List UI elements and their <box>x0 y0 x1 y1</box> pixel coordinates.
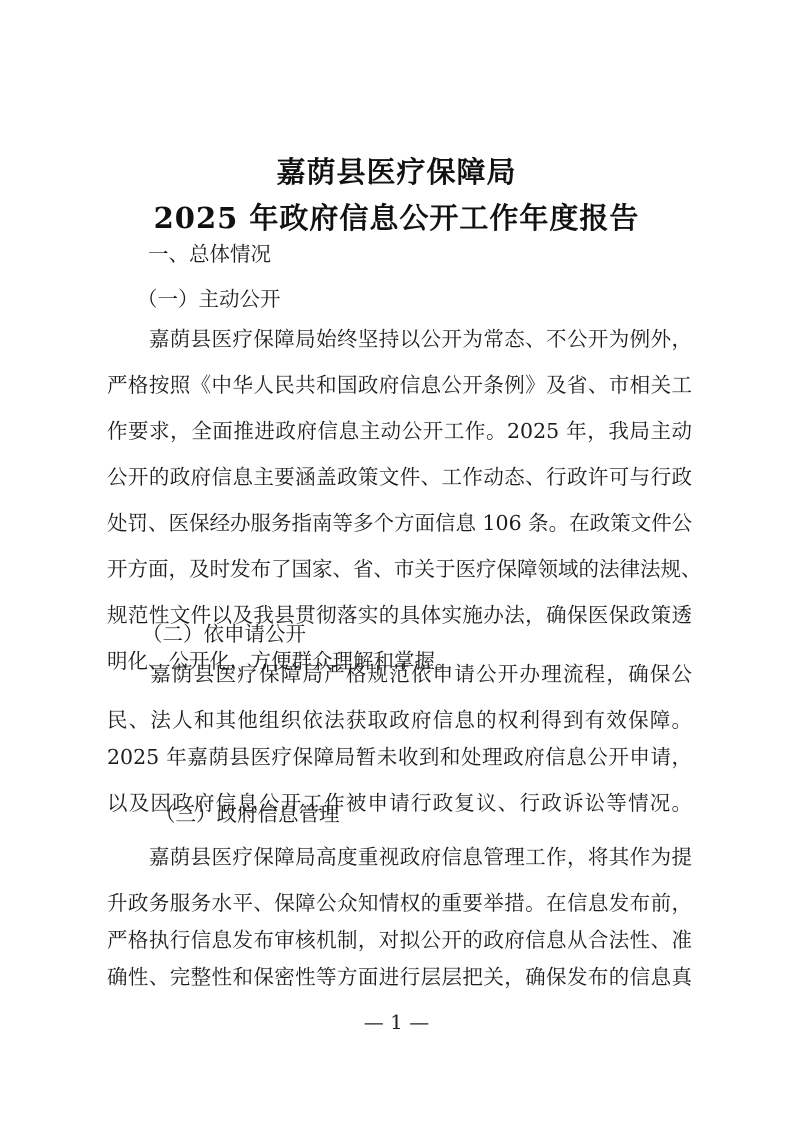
subsection-heading-request: （二）依申请公开 <box>142 620 306 648</box>
paragraph-line: 民、法人和其他组织依法获取政府信息的权利得到有效保障。 <box>107 706 692 734</box>
section-heading-overview: 一、总体情况 <box>148 240 271 268</box>
document-title-report: 2025 年政府信息公开工作年度报告 <box>0 196 793 237</box>
paragraph-line: 处罚、医保经办服务指南等多个方面信息 106 条。在政策文件公 <box>107 509 692 537</box>
paragraph-line: 嘉荫县医疗保障局严格规范依申请公开办理流程，确保公 <box>107 660 692 688</box>
paragraph-line: 严格按照《中华人民共和国政府信息公开条例》及省、市相关工 <box>107 371 692 399</box>
subsection-heading-management: （三）政府信息管理 <box>155 800 340 828</box>
document-page: 嘉荫县医疗保障局 2025 年政府信息公开工作年度报告 一、总体情况 （一）主动… <box>0 0 793 1122</box>
page-number: — 1 — <box>0 1010 793 1034</box>
paragraph-line: 嘉荫县医疗保障局始终坚持以公开为常态、不公开为例外， <box>107 325 692 353</box>
paragraph-line: 确性、完整性和保密性等方面进行层层把关，确保发布的信息真 <box>107 963 692 991</box>
paragraph-line: 嘉荫县医疗保障局高度重视政府信息管理工作，将其作为提 <box>107 843 692 871</box>
paragraph-line: 严格执行信息发布审核机制，对拟公开的政府信息从合法性、准 <box>107 926 692 954</box>
paragraph-line: 升政务服务水平、保障公众知情权的重要举措。在信息发布前， <box>107 889 692 917</box>
paragraph-line: 作要求，全面推进政府信息主动公开工作。2025 年，我局主动 <box>107 417 692 445</box>
subsection-heading-proactive: （一）主动公开 <box>137 285 281 313</box>
paragraph-line: 2025 年嘉荫县医疗保障局暂未收到和处理政府信息公开申请， <box>107 743 692 771</box>
paragraph-line: 公开的政府信息主要涵盖政策文件、工作动态、行政许可与行政 <box>107 463 692 491</box>
paragraph-line: 开方面，及时发布了国家、省、市关于医疗保障领域的法律法规、 <box>107 555 692 583</box>
document-title-org: 嘉荫县医疗保障局 <box>0 150 793 191</box>
